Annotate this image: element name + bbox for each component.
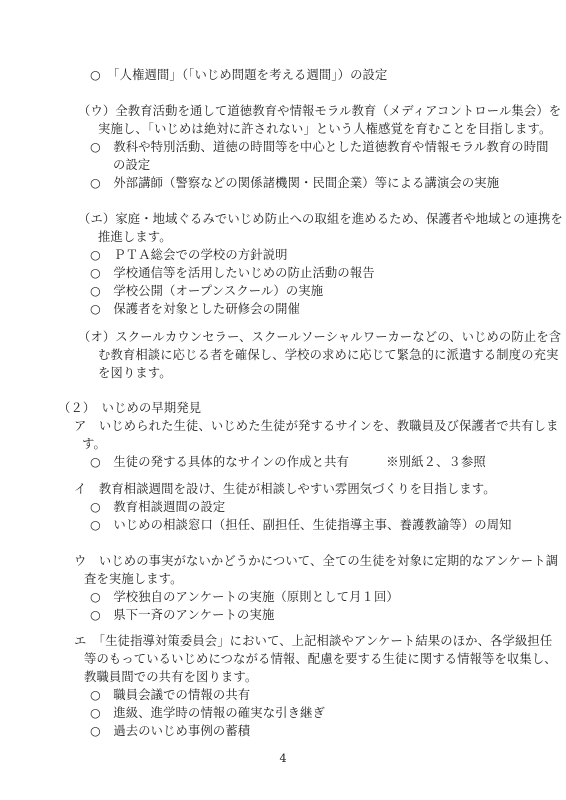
- text-line: ア いじめられた生徒、いじめた生徒が発するサインを、教職員及び保護者で共有しま: [74, 418, 559, 435]
- text-line: ○ 「人権週間」（「いじめ問題を考える週間」）の設定: [90, 67, 387, 84]
- text-line: む教育相談に応じる者を確保し、学校の求めに応じて緊急的に派遣する制度の充実: [98, 347, 559, 364]
- text-line: 査を実施します。: [84, 571, 183, 588]
- text-line: 実施し、「いじめは絶対に許されない」という人権感覚を育むことを目指します。: [98, 121, 551, 138]
- text-line: ○ 学校通信等を活用したいじめの防止活動の報告: [90, 265, 375, 282]
- text-line: ○ 学校独自のアンケートの実施（原則として月１回）: [90, 589, 399, 606]
- text-line: ○ 進級、進学時の情報の確実な引き継ぎ: [90, 705, 325, 722]
- text-line: ○ 保護者を対象とした研修会の開催: [90, 301, 300, 318]
- text-line: ○ 過去のいじめ事例の蓄積: [90, 723, 250, 740]
- text-line: （エ）家庭・地域ぐるみでいじめ防止への取組を進めるため、保護者や地域との連携を: [78, 211, 563, 228]
- text-line: ○ 生徒の発する具体的なサインの作成と共有 ※別紙２、３参照: [90, 454, 486, 471]
- text-line: ○ いじめの相談窓口（担任、副担任、生徒指導主事、養護教諭等）の周知: [90, 517, 512, 534]
- text-line: ○ ＰＴＡ総会での学校の方針説明: [90, 247, 288, 264]
- text-line: （オ）スクールカウンセラー、スクールソーシャルワーカーなどの、いじめの防止を含: [78, 329, 561, 346]
- text-line: ○ 教育相談週間の設定: [90, 499, 225, 516]
- text-line: 推進します。: [98, 229, 172, 246]
- text-line: イ 教育相談週間を設け、生徒が相談しやすい雰囲気づくりを目指します。: [74, 481, 496, 498]
- text-line: ○ 教科や特別活動、道徳の時間等を中心とした道徳教育や情報モラル教育の時間: [90, 139, 549, 156]
- text-line: （ウ）全教育活動を通して道徳教育や情報モラル教育（メディアコントロール集会）を: [78, 103, 561, 120]
- text-line: 等のもっているいじめにつながる情報、配慮を要する生徒に関する情報等を収集し、: [84, 651, 557, 668]
- text-line: す。: [82, 436, 106, 453]
- text-line: 教職員間での共有を図ります。: [84, 669, 257, 686]
- text-line: ○ 職員会議での情報の共有: [90, 687, 250, 704]
- text-line: ○ 外部講師（警察などの関係諸機関・民間企業）等による講演会の実施: [90, 175, 499, 192]
- text-line: ウ いじめの事実がないかどうかについて、全ての生徒を対象に定期的なアンケート調: [74, 553, 558, 570]
- text-line: の設定: [113, 157, 150, 174]
- text-line: を図ります。: [98, 365, 172, 382]
- text-line: ○ 県下一斉のアンケートの実施: [90, 607, 274, 624]
- text-line: ○ 学校公開（オープンスクール）の実施: [90, 283, 323, 300]
- text-line: エ 「生徒指導対策委員会」において、上記相談やアンケート結果のほか、各学級担任: [74, 633, 552, 650]
- text-line: （２） いじめの早期発見: [58, 400, 201, 417]
- page-number: 4: [0, 752, 566, 765]
